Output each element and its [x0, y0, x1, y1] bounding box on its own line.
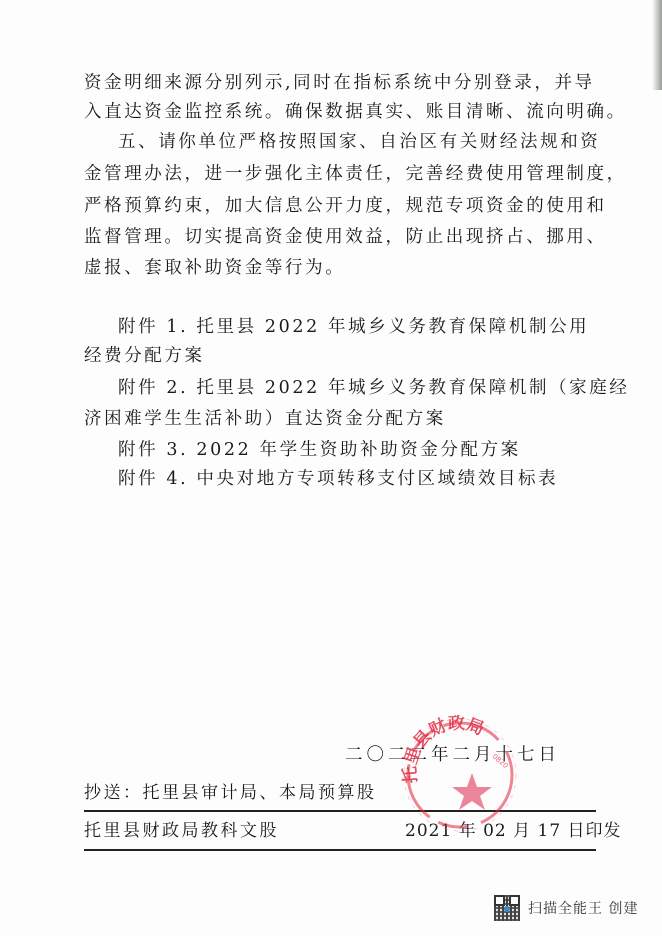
attachment-1: 附件 1. 托里县 2022 年城乡义务教育保障机制公用 [118, 316, 589, 338]
body-line: 入直达资金监控系统。确保数据真实、账目清晰、流向明确。 [84, 101, 627, 123]
scanner-watermark: 扫描全能王 创建 [494, 893, 638, 923]
watermark-text: 扫描全能王 创建 [528, 898, 638, 918]
divider [84, 810, 596, 812]
body-line: 金管理办法，进一步强化主体责任，完善经费使用管理制度， [84, 163, 627, 185]
attachment-2: 附件 2. 托里县 2022 年城乡义务教育保障机制（家庭经 [118, 377, 629, 399]
scan-edge-shadow [652, 0, 662, 90]
signature-date: 二〇二二年二月十七日 [345, 744, 560, 766]
body-line: 严格预算约束，加大信息公开力度，规范专项资金的使用和 [84, 195, 607, 217]
attachment-4: 附件 4. 中央对地方专项转移支付区域绩效目标表 [118, 468, 558, 490]
attachment-3: 附件 3. 2022 年学生资助补助资金分配方案 [118, 439, 521, 461]
cc-recipients: 抄送：托里县审计局、本局预算股 [84, 782, 377, 804]
divider [84, 849, 596, 851]
body-line: 虚报、套取补助资金等行为。 [84, 257, 345, 279]
official-seal-icon: 托里县财政局 0820 [400, 715, 520, 835]
body-line: 资金明细来源分别列示,同时在指标系统中分别登录，并导 [84, 72, 595, 94]
issuing-department: 托里县财政局教科文股 [84, 820, 279, 842]
body-line: 五、请你单位严格按照国家、自治区有关财经法规和资 [118, 131, 600, 153]
qr-code-icon [494, 895, 520, 921]
attachment-1-cont: 经费分配方案 [84, 345, 205, 367]
issue-date: 2021 年 02 月 17 日印发 [405, 820, 622, 842]
attachment-2-cont: 济困难学生生活补助）直达资金分配方案 [84, 408, 446, 430]
body-line: 监督管理。切实提高资金使用效益，防止出现挤占、挪用、 [84, 226, 607, 248]
